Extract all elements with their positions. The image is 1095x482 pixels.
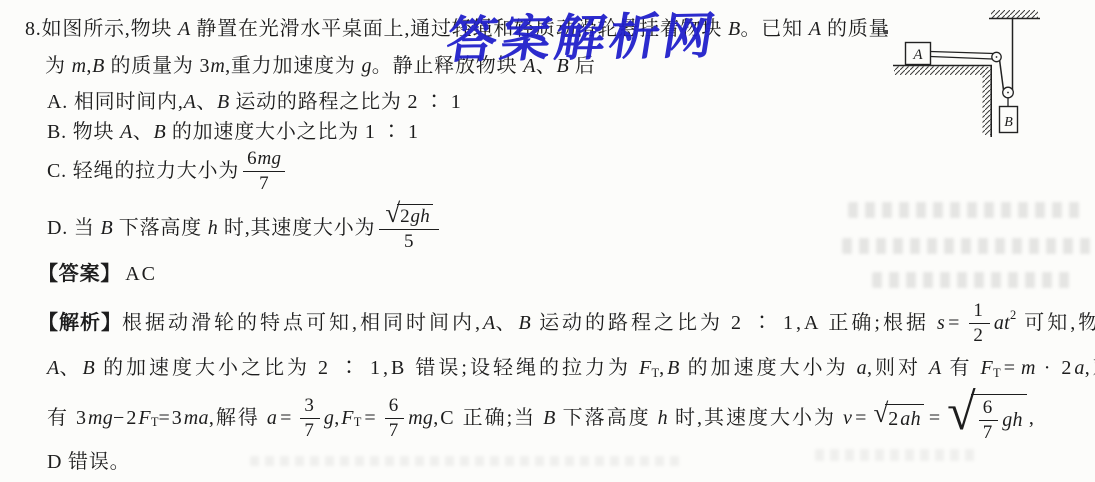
math-var: gh	[1002, 408, 1023, 433]
subscript: T	[354, 415, 362, 431]
fraction: 3 7	[300, 396, 320, 441]
math-var: F	[138, 406, 151, 431]
math-var: F	[981, 356, 994, 381]
fraction: 6 7	[385, 396, 405, 441]
text-run: 下落高度	[113, 216, 208, 241]
math-var: ma	[184, 406, 209, 431]
math-var: gh	[410, 207, 430, 227]
scan-speck	[884, 30, 888, 34]
text-run: 6	[247, 149, 257, 169]
math-var: B	[543, 406, 556, 431]
text-run: 、	[496, 311, 519, 336]
math-var: B	[83, 356, 96, 381]
text-run: 、	[133, 120, 154, 145]
ceiling-hatch	[991, 10, 1038, 18]
answer-value: AC	[125, 262, 157, 287]
text-run: 相同时间内,	[68, 90, 184, 115]
option-A: A. 相同时间内, A 、 B 运动的路程之比为 2 ∶ 1	[47, 90, 462, 115]
analysis-line-2: A 、 B 的加速度大小之比为 2 ∶ 1,B 错误;设轻绳的拉力为 F T ,…	[47, 356, 1095, 381]
pulley-fixed-axle	[996, 56, 998, 58]
fraction-denominator: 7	[385, 419, 405, 441]
radicand: 2ah	[885, 404, 924, 432]
watermark-answer-site: 答案解析网	[442, 0, 724, 72]
math-var: B	[100, 216, 113, 241]
fraction-numerator: 6	[385, 396, 405, 419]
block-b-label: B	[1004, 115, 1013, 130]
math-var: ah	[900, 407, 921, 432]
print-bleed-artifact	[250, 456, 680, 466]
fraction-numerator: 6mg	[243, 149, 285, 172]
text-run: D 错误。	[47, 450, 130, 475]
print-bleed-artifact	[872, 272, 1072, 288]
equals-sign: =	[929, 406, 942, 431]
text-run: ,	[1029, 406, 1036, 431]
math-var: F	[341, 406, 354, 431]
text-run: 物块	[67, 120, 120, 145]
radicand: 6 7 gh	[971, 394, 1027, 443]
math-var: A	[120, 120, 133, 145]
fraction: 6mg 7	[243, 149, 285, 194]
print-bleed-artifact	[815, 449, 975, 461]
question-number: 8.	[25, 17, 42, 42]
text-run: 有	[942, 356, 981, 381]
fraction-denominator: 7	[979, 421, 999, 443]
text-run: 为	[45, 54, 72, 79]
table-top-hatch	[894, 67, 985, 76]
math-var: s	[937, 311, 945, 336]
math-var: a	[1074, 356, 1084, 381]
text-run: −2	[113, 406, 138, 431]
text-run: 可知,物块	[1016, 311, 1095, 336]
text-run: =3	[159, 406, 184, 431]
subscript: T	[993, 366, 1001, 382]
analysis-label: 【解析】	[38, 311, 122, 336]
math-var: B	[92, 54, 105, 79]
math-var: A	[929, 356, 942, 381]
fraction-numerator: √ 2gh	[379, 204, 439, 230]
math-var: A	[47, 356, 60, 381]
fraction-denominator: 7	[300, 419, 320, 441]
fraction-numerator: 3	[300, 396, 320, 419]
text-run: 运动的路程之比为 2 ∶ 1,A 正确;根据	[531, 311, 937, 336]
math-var: B	[519, 311, 532, 336]
text-run: ,解得	[209, 406, 267, 431]
radical-sign: √	[947, 393, 976, 442]
radical-sign: √	[385, 202, 400, 225]
option-label: C.	[47, 159, 67, 184]
rope-a-top	[931, 52, 995, 54]
text-run: 轻绳的拉力大小为	[67, 159, 239, 184]
option-label: A.	[47, 90, 68, 115]
equals-sign: =	[855, 406, 868, 431]
math-var: B	[217, 90, 230, 115]
analysis-line-3: 有 3 mg −2 F T =3 ma ,解得 a = 3 7 g , F T …	[47, 392, 1036, 444]
text-run: 如图所示,物块	[42, 17, 178, 42]
subscript: T	[652, 366, 660, 382]
option-C: C. 轻绳的拉力大小为 6mg 7	[47, 147, 289, 195]
text-run: 运动的路程之比为 2 ∶ 1	[230, 90, 462, 115]
math-var: mg	[408, 406, 433, 431]
analysis-line-1: 【解析】 根据动滑轮的特点可知,相同时间内, A 、 B 运动的路程之比为 2 …	[38, 300, 1095, 346]
rope-a-bottom	[931, 57, 993, 60]
text-run: ,则对	[867, 356, 929, 381]
square-root: √ 2gh	[385, 204, 433, 227]
option-label: B.	[47, 120, 67, 145]
square-root: √ 2ah	[873, 404, 923, 432]
math-var: at	[994, 311, 1010, 336]
fraction: √ 2gh 5	[379, 204, 439, 252]
math-var: B	[154, 120, 167, 145]
fraction: 6 7	[979, 398, 999, 443]
text-run: 的加速度大小之比为 1 ∶ 1	[166, 120, 419, 145]
math-var: B	[667, 356, 680, 381]
physics-diagram: A B	[880, 0, 1095, 150]
text-run: 有 3	[47, 406, 88, 431]
text-run: 的加速度大小之比为 2 ∶ 1,B 错误;设轻绳的拉力为	[95, 356, 639, 381]
text-run: 的加速度大小为	[680, 356, 857, 381]
math-var: A	[178, 17, 191, 42]
option-B: B. 物块 A 、 B 的加速度大小之比为 1 ∶ 1	[47, 120, 419, 145]
text-run: ,重力加速度为	[225, 54, 361, 79]
fraction-denominator: 7	[243, 172, 285, 194]
square-root: √ 6 7 gh	[947, 394, 1027, 443]
text-run: 、	[196, 90, 217, 115]
text-run: 。已知	[740, 17, 808, 42]
equals-sign: =	[364, 406, 377, 431]
table-edge-hatch	[983, 67, 992, 135]
analysis-line-4: D 错误。	[47, 450, 130, 475]
print-bleed-artifact	[848, 202, 1083, 218]
text-run: ,C 正确;当	[433, 406, 543, 431]
option-label: D.	[47, 216, 68, 241]
equals-sign: =	[280, 406, 293, 431]
text-run: 下落高度	[556, 406, 658, 431]
text-run: 根据动滑轮的特点可知,相同时间内,	[122, 311, 483, 336]
text-run: 时,其速度大小为	[668, 406, 843, 431]
fraction-denominator: 2	[969, 324, 990, 346]
text-run: 当	[68, 216, 100, 241]
pulley-movable-axle	[1007, 92, 1009, 94]
equals-sign: =	[1004, 356, 1018, 381]
math-var: mg	[88, 406, 113, 431]
superscript: 2	[1010, 308, 1016, 324]
math-var: h	[208, 216, 218, 241]
subscript: T	[151, 415, 159, 431]
math-var: A	[184, 90, 197, 115]
equals-sign: =	[948, 311, 962, 336]
math-var: a	[267, 406, 277, 431]
math-var: A	[809, 17, 822, 42]
text-run: 的质量为 3	[105, 54, 211, 79]
text-run: ,	[659, 356, 667, 381]
fraction-denominator: 5	[379, 230, 439, 252]
text-run: 、	[60, 356, 83, 381]
math-var: m	[1021, 356, 1036, 381]
text-run: 2	[400, 207, 410, 227]
fraction-numerator: 1	[969, 301, 990, 324]
math-var: h	[658, 406, 668, 431]
math-var: m	[210, 54, 225, 79]
block-a-label: A	[912, 47, 923, 63]
fraction: 1 2	[969, 301, 990, 346]
math-var: g	[324, 406, 334, 431]
radicand: 2gh	[397, 204, 433, 227]
answer-row: 【答案】 AC	[38, 262, 157, 287]
text-run: ,对	[1085, 356, 1095, 381]
math-var: g	[361, 54, 371, 79]
math-var: mg	[257, 149, 281, 169]
text-run: 2	[888, 407, 900, 432]
scanned-exam-page: 答案解析网 8. 如图所示,物块 A 静置在光滑水平桌面上,通过轻绳和轻质动滑轮…	[0, 0, 1095, 482]
math-var: B	[728, 17, 741, 42]
math-var: A	[483, 311, 496, 336]
rope-down	[1000, 60, 1004, 91]
fraction-numerator: 6	[979, 398, 999, 421]
math-var: F	[639, 356, 652, 381]
text-run: 时,其速度大小为	[218, 216, 375, 241]
radical-sign: √	[873, 402, 888, 430]
answer-label: 【答案】	[38, 262, 121, 287]
text-run: · 2	[1036, 356, 1075, 381]
math-var: a	[857, 356, 867, 381]
math-var: v	[843, 406, 852, 431]
math-var: m	[72, 54, 87, 79]
option-D: D. 当 B 下落高度 h 时,其速度大小为 √ 2gh 5	[47, 203, 443, 253]
print-bleed-artifact	[842, 238, 1095, 254]
